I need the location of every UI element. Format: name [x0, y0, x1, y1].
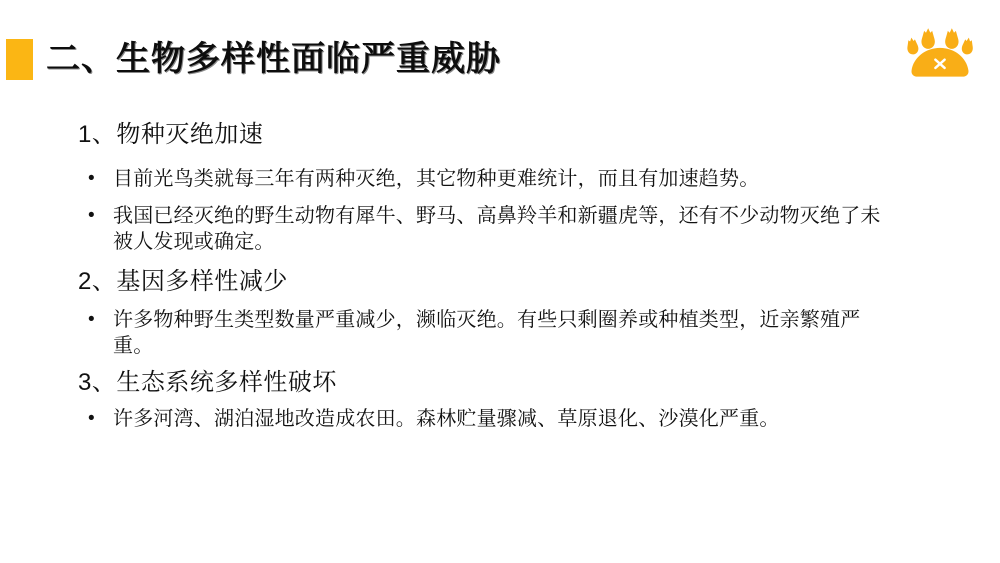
bullet-dot-icon: • [88, 166, 113, 192]
presentation-slide: 二、生物多样性面临严重威胁 1、物种灭绝加速 • 目前光 [0, 0, 1000, 563]
bullet-dot-icon: • [88, 203, 113, 229]
bullet-item: • 许多物种野生类型数量严重减少，濒临灭绝。有些只剩圈养或种植类型，近亲繁殖严重… [88, 307, 900, 359]
bullet-dot-icon: • [88, 307, 113, 333]
paw-logo-icon [906, 28, 974, 80]
bullet-dot-icon: • [88, 406, 113, 432]
bullet-text: 许多物种野生类型数量严重减少，濒临灭绝。有些只剩圈养或种植类型，近亲繁殖严重。 [113, 307, 900, 359]
section-3-heading: 3、生态系统多样性破坏 [78, 366, 900, 400]
bullet-text: 目前光鸟类就每三年有两种灭绝，其它物种更难统计，而且有加速趋势。 [113, 166, 900, 192]
slide-body: 1、物种灭绝加速 • 目前光鸟类就每三年有两种灭绝，其它物种更难统计，而且有加速… [78, 110, 900, 432]
bullet-item: • 许多河湾、湖泊湿地改造成农田。森林贮量骤减、草原退化、沙漠化严重。 [88, 406, 900, 432]
section-2-heading: 2、基因多样性减少 [78, 265, 900, 299]
bullet-text: 我国已经灭绝的野生动物有犀牛、野马、高鼻羚羊和新疆虎等，还有不少动物灭绝了未被人… [113, 203, 900, 255]
section-1-heading: 1、物种灭绝加速 [78, 118, 900, 152]
slide-title: 二、生物多样性面临严重威胁 [46, 36, 501, 82]
bullet-item: • 目前光鸟类就每三年有两种灭绝，其它物种更难统计，而且有加速趋势。 [88, 166, 900, 192]
bullet-text: 许多河湾、湖泊湿地改造成农田。森林贮量骤减、草原退化、沙漠化严重。 [113, 406, 900, 432]
title-accent-square [6, 39, 33, 80]
bullet-item: • 我国已经灭绝的野生动物有犀牛、野马、高鼻羚羊和新疆虎等，还有不少动物灭绝了未… [88, 203, 900, 255]
